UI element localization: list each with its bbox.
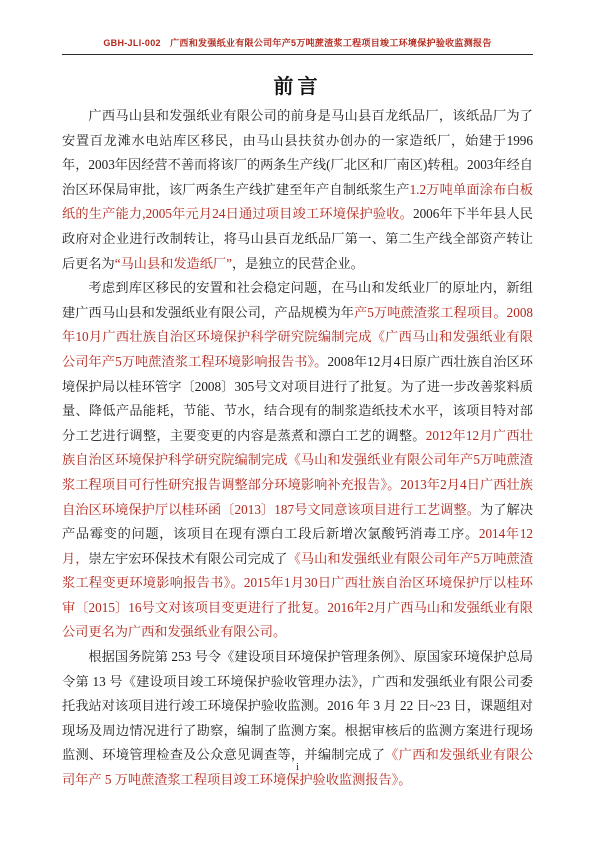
page-header: GBH-JLⅠ-002 广西和发强纸业有限公司年产5万吨蔗渣浆工程项目竣工环境保… [62, 36, 533, 55]
text-segment: ，是独立的民营企业。 [232, 256, 364, 271]
paragraph: 广西马山县和发强纸业有限公司的前身是马山县百龙纸品厂，该纸品厂为了安置百龙滩水电… [62, 104, 533, 276]
paragraph: 考虑到库区移民的安置和社会稳定问题，在马山和发纸业厂的原址内，新组建广西马山县和… [62, 276, 533, 645]
text-segment: 崇左宇宏环保技术有限公司完成了 [89, 551, 288, 566]
page-footer: i [0, 761, 595, 773]
page-number: i [296, 761, 299, 773]
document-page: GBH-JLⅠ-002 广西和发强纸业有限公司年产5万吨蔗渣浆工程项目竣工环境保… [0, 0, 595, 841]
header-text: GBH-JLⅠ-002 广西和发强纸业有限公司年产5万吨蔗渣浆工程项目竣工环境保… [103, 38, 491, 48]
page-title: 前言 [0, 70, 595, 99]
text-segment: “马山县和发造纸厂” [115, 256, 232, 271]
text-segment: 根据国务院第 253 号令《建设项目环境保护管理条例》、原国家环境保护总局令第 … [62, 649, 533, 762]
document-body: 广西马山县和发强纸业有限公司的前身是马山县百龙纸品厂，该纸品厂为了安置百龙滩水电… [62, 104, 533, 793]
